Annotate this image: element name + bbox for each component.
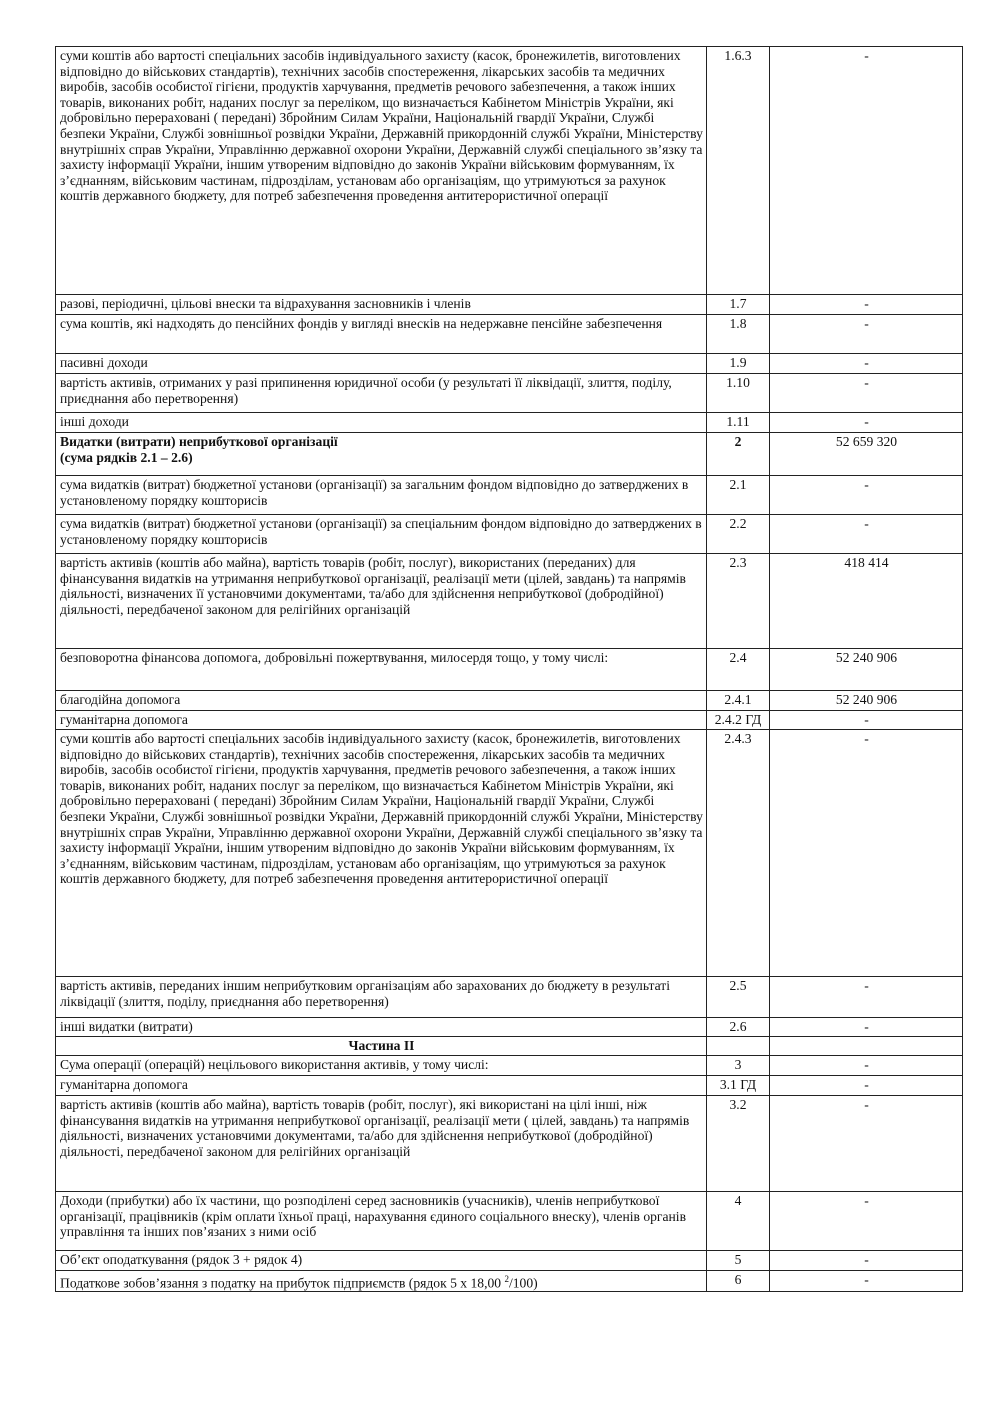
row-code: 1.10 [707, 374, 770, 413]
row-label: суми коштів або вартості спеціальних зас… [56, 730, 707, 977]
row-label-text: інші видатки (витрати) [60, 1019, 193, 1034]
row-code: 1.11 [707, 413, 770, 433]
row-label: вартість активів, отриманих у разі припи… [56, 374, 707, 413]
row-label: вартість активів (коштів або майна), вар… [56, 1096, 707, 1192]
row-label: безповоротна фінансова допомога, доброві… [56, 649, 707, 691]
row-code: 2.5 [707, 977, 770, 1018]
row-value: - [770, 711, 963, 730]
row-label-text: гуманітарна допомога [60, 712, 188, 727]
row-value: - [770, 1096, 963, 1192]
row-label: гуманітарна допомога [56, 711, 707, 730]
row-code: 2.3 [707, 554, 770, 649]
row-label: вартість активів (коштів або майна), вар… [56, 554, 707, 649]
row-label-text: Сума операції (операцій) нецільового вик… [60, 1057, 489, 1072]
row-label: сума видатків (витрат) бюджетної установ… [56, 476, 707, 515]
row-code: 3 [707, 1056, 770, 1076]
row-code: 2.4.3 [707, 730, 770, 977]
row-value: - [770, 1076, 963, 1096]
row-value: - [770, 1018, 963, 1037]
table-row: вартість активів, переданих іншим неприб… [56, 977, 963, 1018]
row-value: - [770, 730, 963, 977]
table-row: сума видатків (витрат) бюджетної установ… [56, 476, 963, 515]
row-value: 52 240 906 [770, 691, 963, 711]
row-value: 418 414 [770, 554, 963, 649]
row-code: 1.6.3 [707, 47, 770, 295]
row-label: благодійна допомога [56, 691, 707, 711]
row-code [707, 1037, 770, 1056]
row-label: вартість активів, переданих іншим неприб… [56, 977, 707, 1018]
table-row: гуманітарна допомога3.1 ГД- [56, 1076, 963, 1096]
row-value: 52 659 320 [770, 433, 963, 476]
row-label: інші видатки (витрати) [56, 1018, 707, 1037]
row-value: - [770, 354, 963, 374]
row-label-text: сума видатків (витрат) бюджетної установ… [60, 516, 702, 547]
row-code: 2.4 [707, 649, 770, 691]
row-label-text: Податкове зобов’язання з податку на приб… [60, 1276, 501, 1291]
row-code: 1.9 [707, 354, 770, 374]
row-value: - [770, 476, 963, 515]
row-value: - [770, 374, 963, 413]
table-row: суми коштів або вартості спеціальних зас… [56, 730, 963, 977]
row-code: 5 [707, 1251, 770, 1271]
row-label-text: Доходи (прибутки) або їх частини, що роз… [60, 1193, 686, 1239]
tax-report-table: суми коштів або вартості спеціальних зас… [55, 46, 963, 1292]
table-row: вартість активів (коштів або майна), вар… [56, 554, 963, 649]
row-label-text: гуманітарна допомога [60, 1077, 188, 1092]
table-row: інші видатки (витрати)2.6- [56, 1018, 963, 1037]
table-row: Сума операції (операцій) нецільового вик… [56, 1056, 963, 1076]
table-row: вартість активів (коштів або майна), вар… [56, 1096, 963, 1192]
table-row: благодійна допомога2.4.152 240 906 [56, 691, 963, 711]
row-value: - [770, 47, 963, 295]
row-code: 4 [707, 1192, 770, 1251]
row-value: - [770, 295, 963, 315]
row-code: 2 [707, 433, 770, 476]
table-row: Частина II [56, 1037, 963, 1056]
row-label-text: вартість активів (коштів або майна), вар… [60, 555, 686, 617]
row-value: - [770, 413, 963, 433]
row-value: - [770, 1251, 963, 1271]
row-label-text: вартість активів (коштів або майна), вар… [60, 1097, 689, 1159]
table-row: безповоротна фінансова допомога, доброві… [56, 649, 963, 691]
row-label-text: безповоротна фінансова допомога, доброві… [60, 650, 608, 665]
table-row: Об’єкт оподаткування (рядок 3 + рядок 4)… [56, 1251, 963, 1271]
table-row: пасивні доходи1.9- [56, 354, 963, 374]
table-row: суми коштів або вартості спеціальних зас… [56, 47, 963, 295]
row-label: разові, періодичні, цільові внески та ві… [56, 295, 707, 315]
row-code: 2.2 [707, 515, 770, 554]
row-label: Об’єкт оподаткування (рядок 3 + рядок 4) [56, 1251, 707, 1271]
table-row: сума видатків (витрат) бюджетної установ… [56, 515, 963, 554]
table-row: Доходи (прибутки) або їх частини, що роз… [56, 1192, 963, 1251]
row-label: Видатки (витрати) неприбуткової організа… [56, 433, 707, 476]
table-row: Видатки (витрати) неприбуткової організа… [56, 433, 963, 476]
row-value [770, 1037, 963, 1056]
row-label: Податкове зобов’язання з податку на приб… [56, 1271, 707, 1292]
table-row: сума коштів, які надходять до пенсійних … [56, 315, 963, 354]
row-label-subtext: (сума рядків 2.1 – 2.6) [60, 450, 193, 465]
row-code: 3.1 ГД [707, 1076, 770, 1096]
row-label: пасивні доходи [56, 354, 707, 374]
row-label-text: суми коштів або вартості спеціальних зас… [60, 48, 703, 203]
row-label-text: разові, періодичні, цільові внески та ві… [60, 296, 471, 311]
row-label-text: пасивні доходи [60, 355, 148, 370]
row-label-text: вартість активів, отриманих у разі припи… [60, 375, 672, 406]
row-label: сума видатків (витрат) бюджетної установ… [56, 515, 707, 554]
row-label: суми коштів або вартості спеціальних зас… [56, 47, 707, 295]
row-value: - [770, 1192, 963, 1251]
row-label-text: сума видатків (витрат) бюджетної установ… [60, 477, 688, 508]
row-label: інші доходи [56, 413, 707, 433]
table-row: Податкове зобов’язання з податку на приб… [56, 1271, 963, 1292]
row-label: Доходи (прибутки) або їх частини, що роз… [56, 1192, 707, 1251]
row-label-text: суми коштів або вартості спеціальних зас… [60, 731, 703, 886]
row-label-text: Видатки (витрати) неприбуткової організа… [60, 434, 338, 449]
table-row: вартість активів, отриманих у разі припи… [56, 374, 963, 413]
row-label-text: вартість активів, переданих іншим неприб… [60, 978, 670, 1009]
row-value: 52 240 906 [770, 649, 963, 691]
row-value: - [770, 315, 963, 354]
row-code: 3.2 [707, 1096, 770, 1192]
row-label: Частина II [56, 1037, 707, 1056]
row-label-text: благодійна допомога [60, 692, 180, 707]
row-code: 1.8 [707, 315, 770, 354]
row-code: 2.6 [707, 1018, 770, 1037]
table-row: разові, періодичні, цільові внески та ві… [56, 295, 963, 315]
row-value: - [770, 1056, 963, 1076]
row-value: - [770, 515, 963, 554]
row-value: - [770, 977, 963, 1018]
row-code: 2.4.2 ГД [707, 711, 770, 730]
row-label-tail: /100) [509, 1276, 538, 1291]
table-row: інші доходи1.11- [56, 413, 963, 433]
row-label-text: Частина II [349, 1038, 415, 1053]
row-value: - [770, 1271, 963, 1292]
row-code: 2.4.1 [707, 691, 770, 711]
row-code: 1.7 [707, 295, 770, 315]
row-label-text: сума коштів, які надходять до пенсійних … [60, 316, 662, 331]
table-row: гуманітарна допомога2.4.2 ГД- [56, 711, 963, 730]
row-code: 6 [707, 1271, 770, 1292]
row-label: Сума операції (операцій) нецільового вик… [56, 1056, 707, 1076]
row-label-text: інші доходи [60, 414, 129, 429]
row-label: сума коштів, які надходять до пенсійних … [56, 315, 707, 354]
row-label: гуманітарна допомога [56, 1076, 707, 1096]
row-code: 2.1 [707, 476, 770, 515]
row-label-text: Об’єкт оподаткування (рядок 3 + рядок 4) [60, 1252, 302, 1267]
